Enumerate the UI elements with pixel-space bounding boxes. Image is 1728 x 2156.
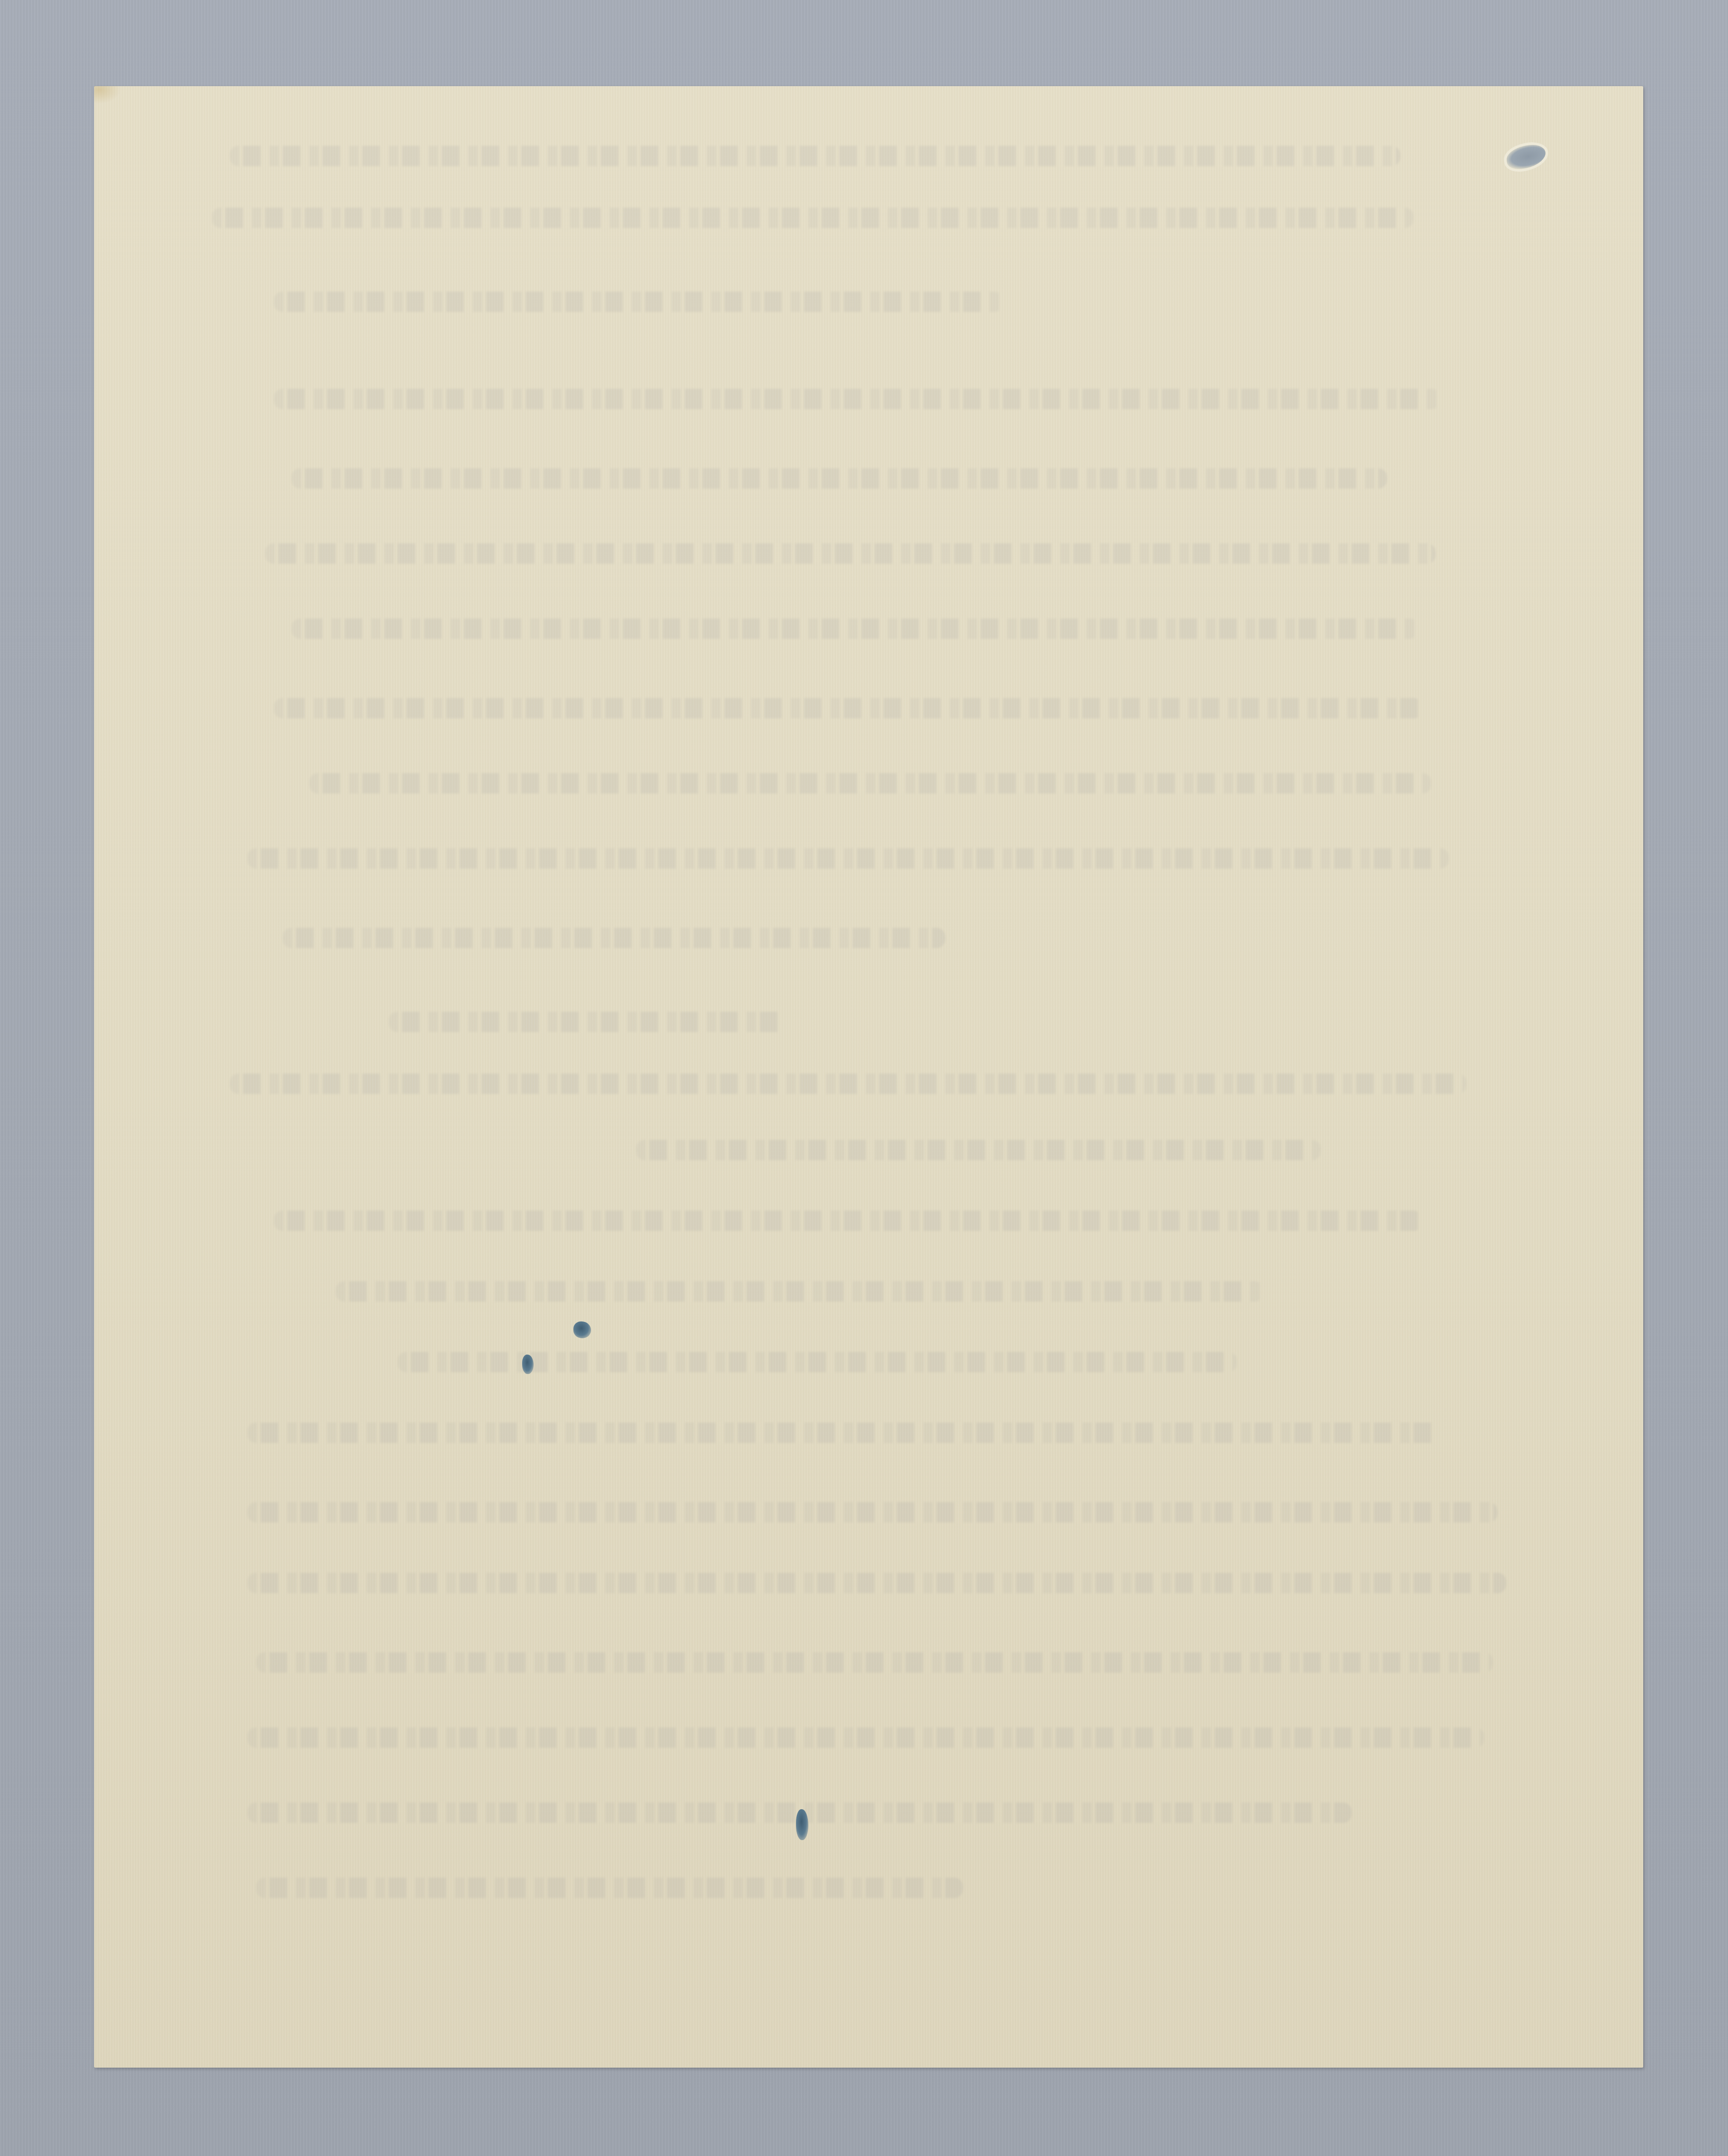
bleed-through-line: [292, 619, 1418, 639]
bleed-through-line: [230, 1074, 1467, 1094]
bleed-through-line: [292, 468, 1387, 489]
bleed-through-line: [247, 848, 1449, 869]
bleed-through-line: [274, 698, 1422, 718]
ink-blot: [573, 1321, 591, 1338]
corner-stain: [94, 86, 121, 104]
bleed-through-line: [230, 146, 1400, 166]
bleed-through-line: [309, 773, 1431, 793]
bleed-through-line: [265, 543, 1436, 564]
bleed-through-line: [274, 292, 1003, 312]
bleed-through-line: [247, 1573, 1506, 1593]
bleed-through-line: [389, 1012, 786, 1032]
bleed-through-line: [274, 1211, 1422, 1231]
ink-blot: [796, 1809, 808, 1840]
bleed-through-line: [247, 1502, 1497, 1522]
bleed-through-line: [336, 1281, 1263, 1302]
bleed-through-line: [256, 1652, 1493, 1673]
ink-blot: [522, 1355, 534, 1374]
bleed-through-line: [636, 1140, 1321, 1160]
bleed-through-line: [274, 389, 1440, 409]
bleed-through-line: [283, 928, 945, 948]
letter-page-reverse: [94, 86, 1643, 2068]
bleed-through-line: [256, 1878, 963, 1898]
bleed-through-line: [247, 1423, 1440, 1443]
bleed-through-line: [247, 1727, 1484, 1748]
bleed-through-line: [212, 208, 1413, 228]
